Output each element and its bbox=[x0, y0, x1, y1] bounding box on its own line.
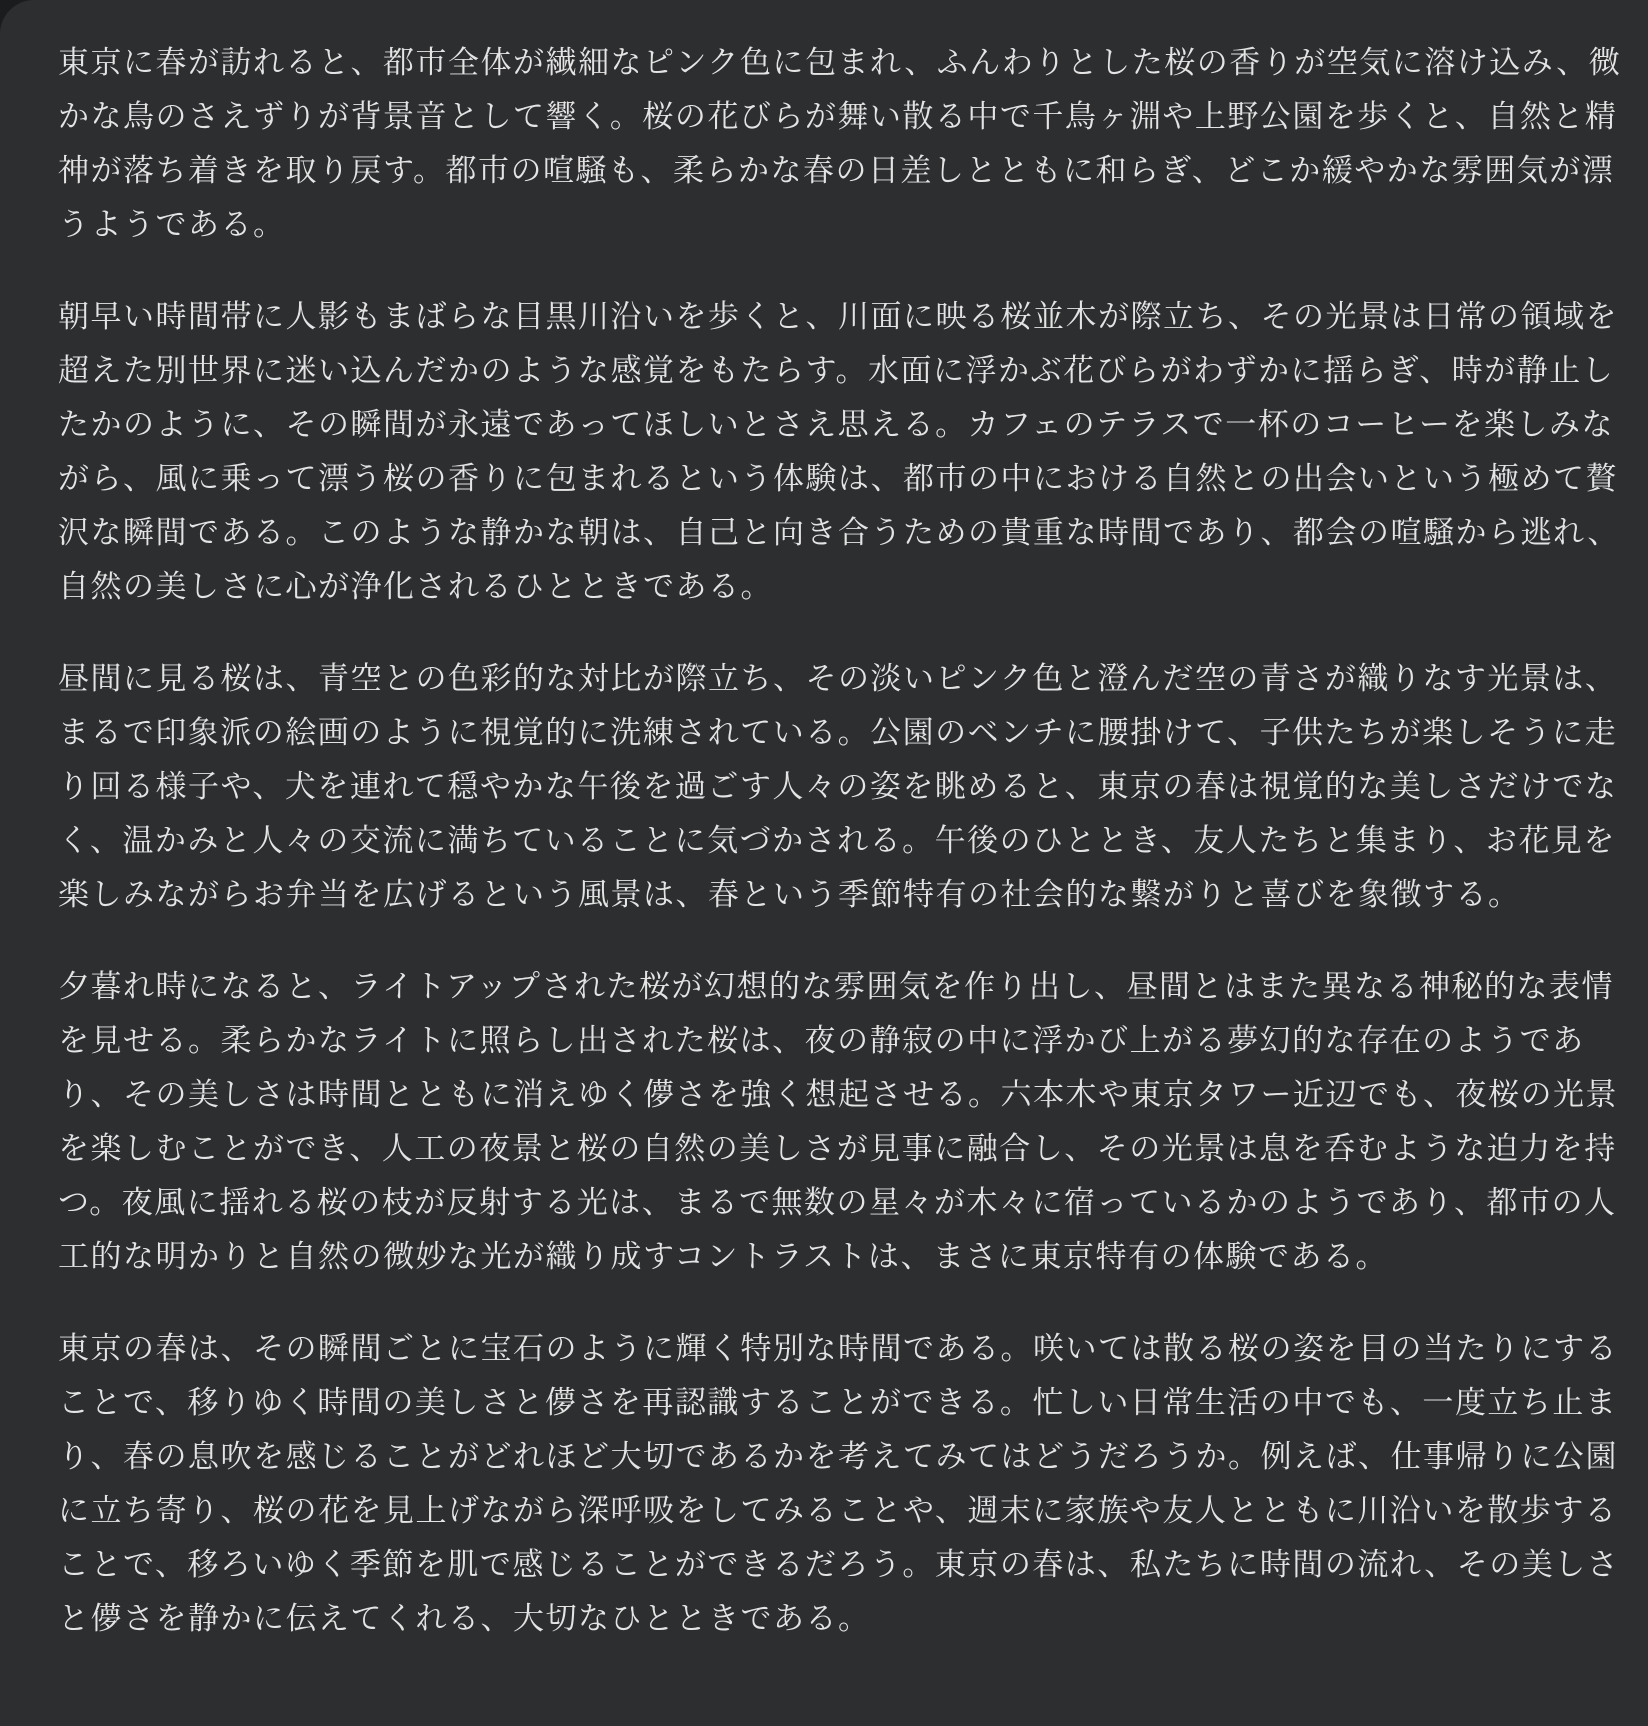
text-line: 東京の春は、その瞬間ごとに宝石のように輝く特別な時間である。咲いては散る桜の姿を… bbox=[58, 1322, 1592, 1376]
text-line: 東京に春が訪れると、都市全体が繊細なピンク色に包まれ、ふんわりとした桜の香りが空… bbox=[58, 36, 1592, 90]
paragraph: 東京の春は、その瞬間ごとに宝石のように輝く特別な時間である。咲いては散る桜の姿を… bbox=[58, 1322, 1592, 1646]
text-line: 昼間に見る桜は、青空との色彩的な対比が際立ち、その淡いピンク色と澄んだ空の青さが… bbox=[58, 652, 1592, 706]
text-line: かな鳥のさえずりが背景音として響く。桜の花びらが舞い散る中で千鳥ヶ淵や上野公園を… bbox=[58, 90, 1592, 144]
paragraph: 東京に春が訪れると、都市全体が繊細なピンク色に包まれ、ふんわりとした桜の香りが空… bbox=[58, 36, 1592, 252]
text-line: ことで、移りゆく時間の美しさと儚さを再認識することができる。忙しい日常生活の中で… bbox=[58, 1376, 1592, 1430]
text-line: り回る様子や、犬を連れて穏やかな午後を過ごす人々の姿を眺めると、東京の春は視覚的… bbox=[58, 760, 1592, 814]
text-line: たかのように、その瞬間が永遠であってほしいとさえ思える。カフェのテラスで一杯のコ… bbox=[58, 398, 1592, 452]
text-line: り、春の息吹を感じることがどれほど大切であるかを考えてみてはどうだろうか。例えば… bbox=[58, 1430, 1592, 1484]
paragraph: 夕暮れ時になると、ライトアップされた桜が幻想的な雰囲気を作り出し、昼間とはまた異… bbox=[58, 960, 1592, 1284]
text-line: く、温かみと人々の交流に満ちていることに気づかされる。午後のひととき、友人たちと… bbox=[58, 814, 1592, 868]
text-line: うようである。 bbox=[58, 198, 1592, 252]
paragraph: 昼間に見る桜は、青空との色彩的な対比が際立ち、その淡いピンク色と澄んだ空の青さが… bbox=[58, 652, 1592, 922]
text-line: 自然の美しさに心が浄化されるひとときである。 bbox=[58, 560, 1592, 614]
text-line: 神が落ち着きを取り戻す。都市の喧騒も、柔らかな春の日差しとともに和らぎ、どこか緩… bbox=[58, 144, 1592, 198]
text-line: ことで、移ろいゆく季節を肌で感じることができるだろう。東京の春は、私たちに時間の… bbox=[58, 1538, 1592, 1592]
text-line: 沢な瞬間である。このような静かな朝は、自己と向き合うための貴重な時間であり、都会… bbox=[58, 506, 1592, 560]
text-line: 楽しみながらお弁当を広げるという風景は、春という季節特有の社会的な繋がりと喜びを… bbox=[58, 868, 1592, 922]
text-line: 超えた別世界に迷い込んだかのような感覚をもたらす。水面に浮かぶ花びらがわずかに揺… bbox=[58, 344, 1592, 398]
document-body: 東京に春が訪れると、都市全体が繊細なピンク色に包まれ、ふんわりとした桜の香りが空… bbox=[0, 0, 1648, 1646]
text-line: つ。夜風に揺れる桜の枝が反射する光は、まるで無数の星々が木々に宿っているかのよう… bbox=[58, 1176, 1592, 1230]
text-line: 工的な明かりと自然の微妙な光が織り成すコントラストは、まさに東京特有の体験である… bbox=[58, 1230, 1592, 1284]
text-line: と儚さを静かに伝えてくれる、大切なひとときである。 bbox=[58, 1592, 1592, 1646]
text-line: がら、風に乗って漂う桜の香りに包まれるという体験は、都市の中における自然との出会… bbox=[58, 452, 1592, 506]
text-line: に立ち寄り、桜の花を見上げながら深呼吸をしてみることや、週末に家族や友人とともに… bbox=[58, 1484, 1592, 1538]
text-line: を見せる。柔らかなライトに照らし出された桜は、夜の静寂の中に浮かび上がる夢幻的な… bbox=[58, 1014, 1592, 1068]
text-line: り、その美しさは時間とともに消えゆく儚さを強く想起させる。六本木や東京タワー近辺… bbox=[58, 1068, 1592, 1122]
text-line: 夕暮れ時になると、ライトアップされた桜が幻想的な雰囲気を作り出し、昼間とはまた異… bbox=[58, 960, 1592, 1014]
paragraph: 朝早い時間帯に人影もまばらな目黒川沿いを歩くと、川面に映る桜並木が際立ち、その光… bbox=[58, 290, 1592, 614]
text-line: 朝早い時間帯に人影もまばらな目黒川沿いを歩くと、川面に映る桜並木が際立ち、その光… bbox=[58, 290, 1592, 344]
text-line: まるで印象派の絵画のように視覚的に洗練されている。公園のベンチに腰掛けて、子供た… bbox=[58, 706, 1592, 760]
text-line: を楽しむことができ、人工の夜景と桜の自然の美しさが見事に融合し、その光景は息を呑… bbox=[58, 1122, 1592, 1176]
document-viewer: 東京に春が訪れると、都市全体が繊細なピンク色に包まれ、ふんわりとした桜の香りが空… bbox=[0, 0, 1648, 1726]
